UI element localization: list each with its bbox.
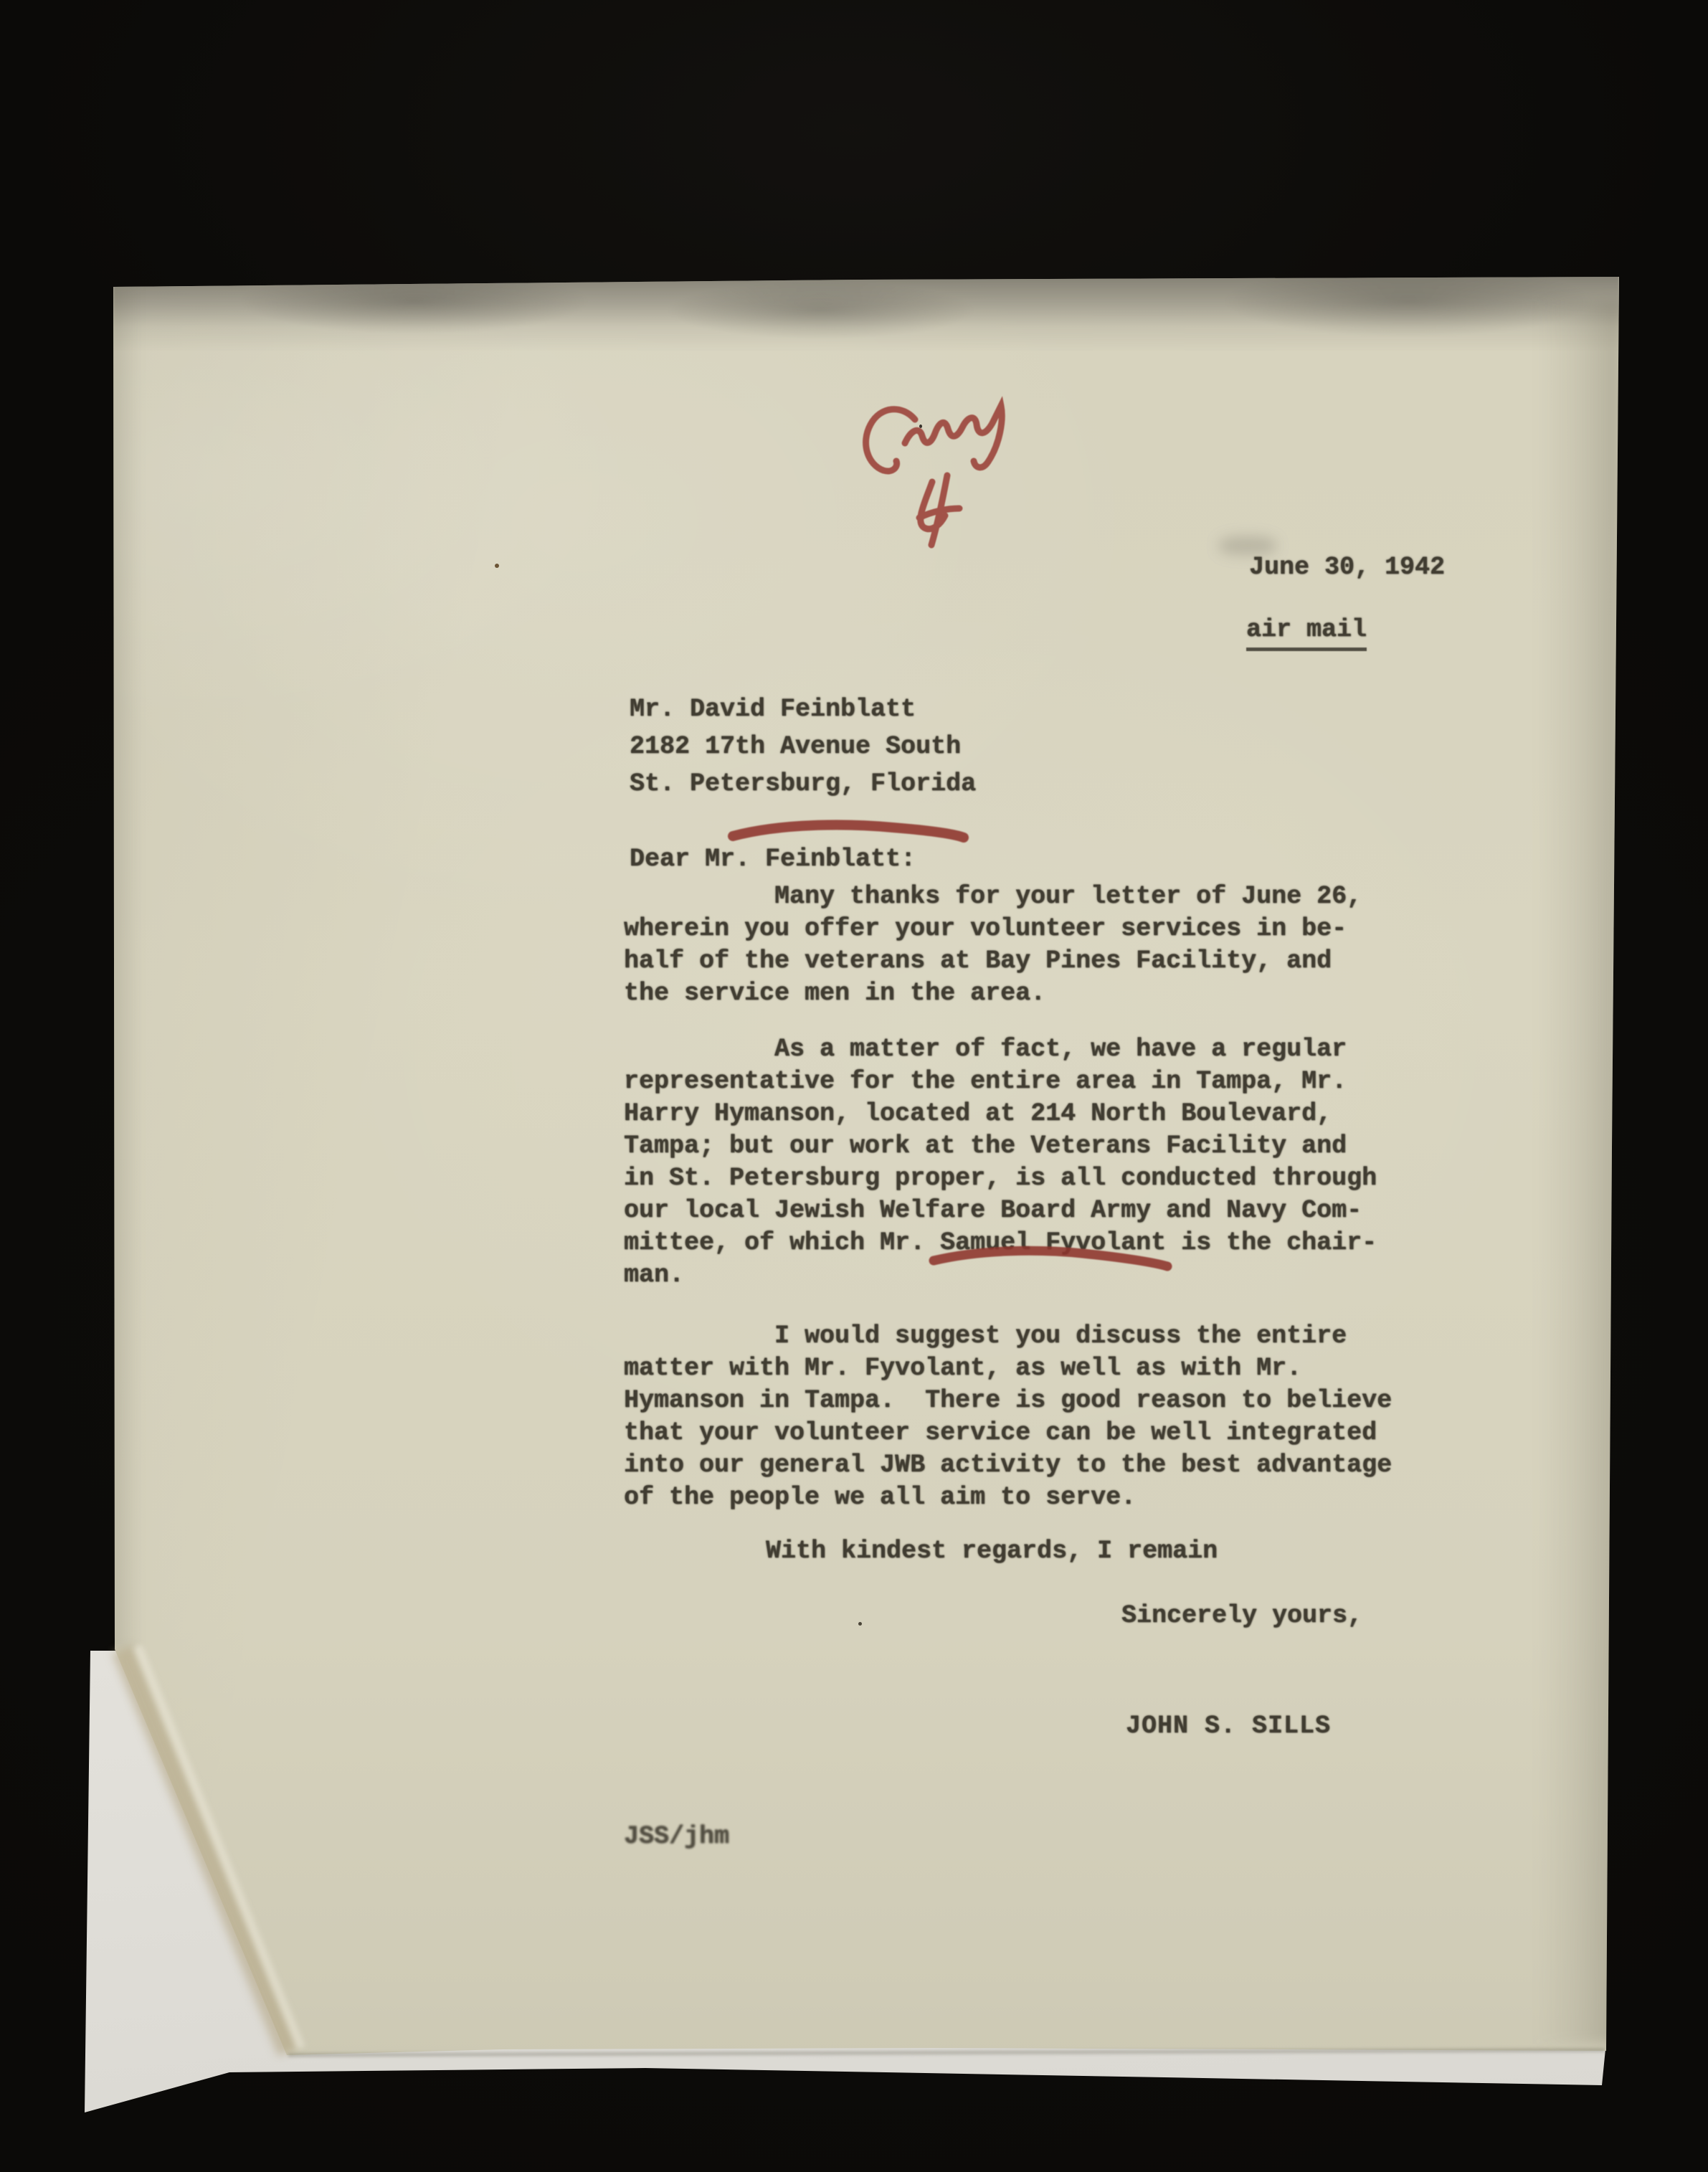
- dust-speck: [919, 425, 922, 428]
- paragraph-1: Many thanks for your letter of June 26, …: [624, 881, 1362, 1010]
- reference-initials: JSS/jhm: [624, 1821, 729, 1853]
- signature-name: JOHN S. SILLS: [1126, 1710, 1331, 1742]
- paper-top-edge-band: [113, 275, 1619, 351]
- closing-line: With kindest regards, I remain: [766, 1535, 1218, 1568]
- paragraph-2: As a matter of fact, we have a regular r…: [624, 1033, 1377, 1291]
- letter-paper: June 30, 1942 air mail Mr. David Feinbla…: [0, 0, 1708, 2172]
- paper-left-shading: [109, 287, 142, 1649]
- airmail-label: air mail: [1246, 614, 1367, 646]
- salutation: Dear Mr. Feinblatt:: [630, 843, 916, 876]
- valediction: Sincerely yours,: [1121, 1600, 1362, 1632]
- dust-speck: [858, 1622, 862, 1626]
- recipient-address: Mr. David Feinblatt 2182 17th Avenue Sou…: [630, 691, 976, 802]
- date-line: June 30, 1942: [1249, 551, 1445, 584]
- scanned-letter-photo: June 30, 1942 air mail Mr. David Feinbla…: [0, 0, 1708, 2172]
- dust-speck: [495, 564, 499, 568]
- airmail-underline: air mail: [1246, 615, 1367, 651]
- paragraph-3: I would suggest you discuss the entire m…: [624, 1320, 1392, 1514]
- paper-right-shading: [1537, 301, 1623, 2044]
